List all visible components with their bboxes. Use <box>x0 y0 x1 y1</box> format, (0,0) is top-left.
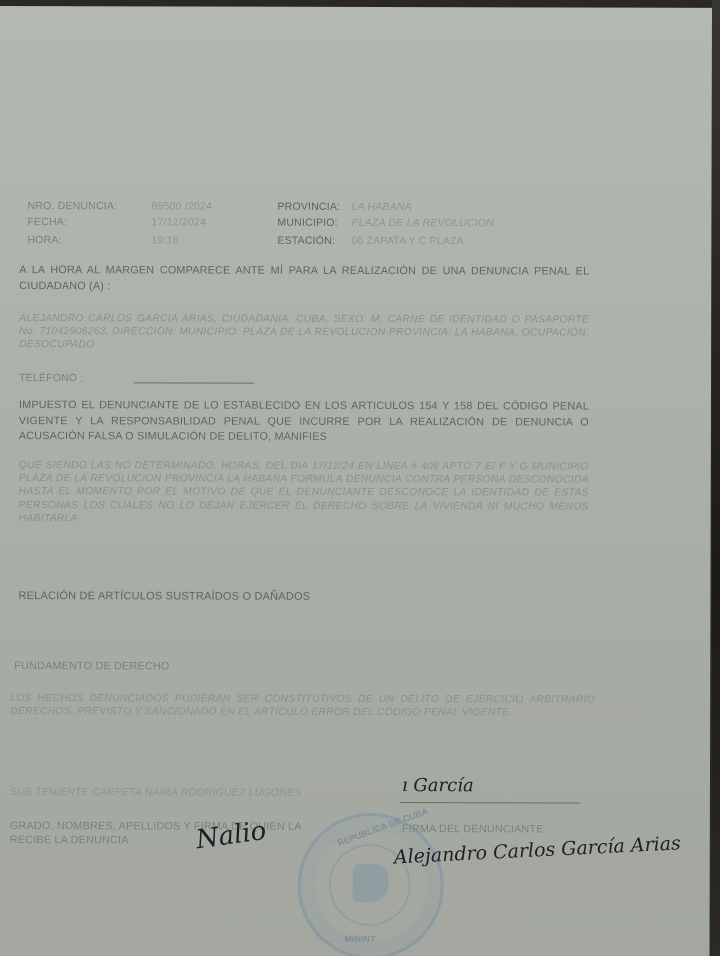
official-stamp: REPÚBLICA DE CUBA MININT <box>298 813 444 956</box>
officer-caption-line2: RECIBE LA DENUNCIA <box>10 834 129 846</box>
hora-label: HORA: <box>27 234 61 246</box>
stamp-text-bottom: MININT <box>345 934 376 944</box>
document-page: NRO. DENUNCIA: 89500 /2024 FECHA: 17/12/… <box>0 6 712 956</box>
municipio-value: PLAZA DE LA REVOLUCION <box>351 217 494 229</box>
coat-of-arms-icon <box>353 864 389 902</box>
municipio-label: MUNICIPIO: <box>277 217 337 229</box>
hora-value: 19:16 <box>151 234 178 246</box>
legal-basis-text: LOS HECHOS DENUNCIADOS PUDIERAN SER CONS… <box>10 692 595 720</box>
officer-name: SUB TENIENTE CARPETA NAIRA RODRIGUEZ LUG… <box>10 786 301 799</box>
statement-text: QUE SIENDO LAS NO DETERMINADO, HORAS, DE… <box>19 459 589 527</box>
provincia-value: LA HABANA <box>351 201 411 213</box>
articles-heading: RELACIÓN DE ARTÍCULOS SUSTRAÍDOS O DAÑAD… <box>18 590 310 603</box>
telefono-field-line <box>134 382 254 383</box>
signature-line <box>400 802 580 803</box>
estacion-label: ESTACIÓN: <box>277 235 335 247</box>
fecha-value: 17/12/2024 <box>151 216 206 228</box>
legal-basis-heading: FUNDAMENTO DE DERECHO <box>14 660 169 672</box>
citizen-data: ALEJANDRO CARLOS GARCIA ARIAS, CIUDADANI… <box>19 312 589 353</box>
legal-notice: IMPUESTO EL DENUNCIANTE DE LO ESTABLECID… <box>19 398 589 446</box>
fecha-label: FECHA: <box>27 216 67 228</box>
intro-text: A LA HORA AL MARGEN COMPARECE ANTE MÍ PA… <box>19 263 589 295</box>
nro-denuncia-label: NRO. DENUNCIA: <box>27 200 117 212</box>
nro-denuncia-value: 89500 /2024 <box>151 200 212 212</box>
background-edge <box>712 0 720 956</box>
complainant-signature: Alejandro Carlos García Arias <box>393 832 681 868</box>
complainant-caption: FIRMA DEL DENUNCIANTE <box>402 823 544 835</box>
complainant-initial-signature: ı García <box>402 775 474 796</box>
telefono-label: TELÉFONO : <box>19 372 83 384</box>
provincia-label: PROVINCIA: <box>277 201 340 213</box>
estacion-value: 06 ZAPATA Y C PLAZA <box>351 235 464 247</box>
